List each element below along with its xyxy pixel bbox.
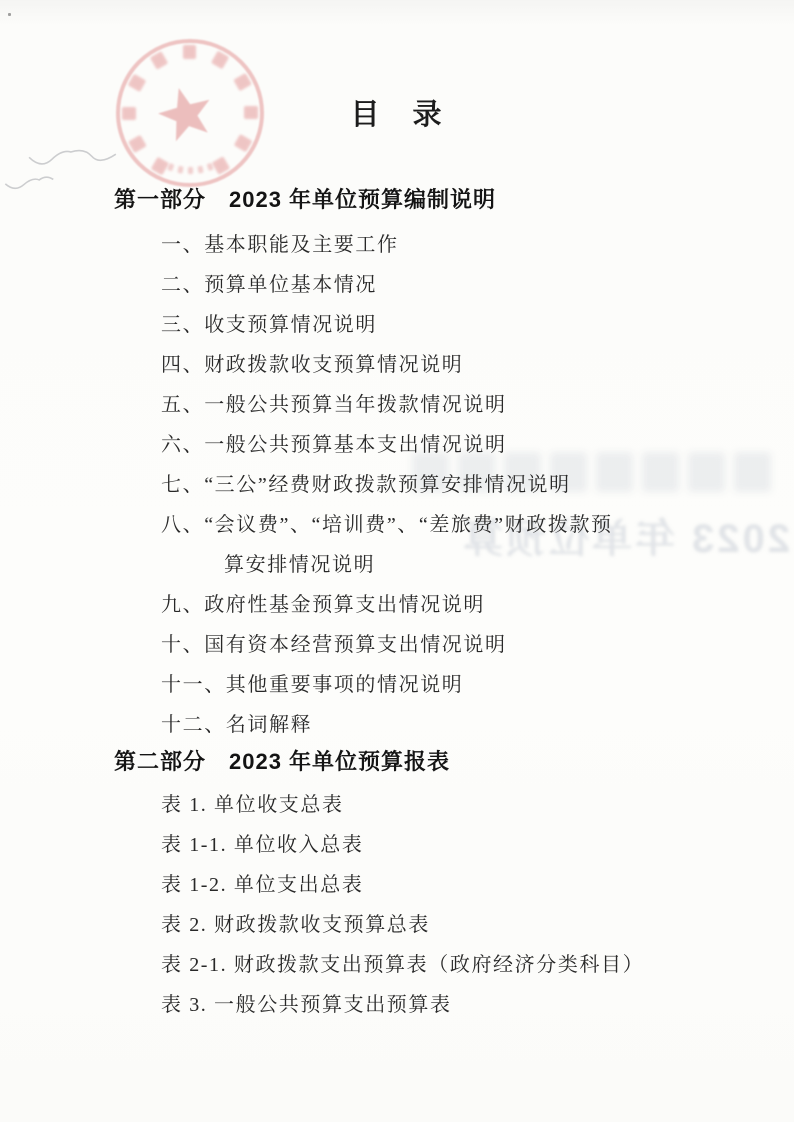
toc-item: 表 3. 一般公共预算支出预算表 — [161, 985, 794, 1025]
toc-item: 九、政府性基金预算支出情况说明 — [161, 585, 794, 625]
toc-item: 表 1-1. 单位收入总表 — [161, 825, 794, 865]
toc-item: 八、“会议费”、“培训费”、“差旅费”财政拨款预 — [161, 505, 794, 545]
toc-item: 十二、名词解释 — [161, 705, 794, 745]
seal-serial-digits — [167, 163, 213, 174]
toc-item: 五、一般公共预算当年拨款情况说明 — [161, 385, 794, 425]
toc-item: 十一、其他重要事项的情况说明 — [161, 665, 794, 705]
toc-item: 算安排情况说明 — [224, 545, 794, 585]
toc-item: 七、“三公”经费财政拨款预算安排情况说明 — [161, 465, 794, 505]
toc-item: 三、收支预算情况说明 — [161, 305, 794, 345]
section-heading-1: 第一部分 2023 年单位预算编制说明 — [114, 186, 794, 213]
handwriting-mark — [1, 142, 118, 190]
toc-item: 表 1. 单位收支总表 — [161, 785, 794, 825]
toc-item: 一、基本职能及主要工作 — [161, 225, 794, 265]
document-page: 2023 年单位预算 目 录 第一部分 2023 年单位预算编制说明一、基本职能… — [0, 0, 794, 1122]
toc-item: 表 2. 财政拨款收支预算总表 — [161, 905, 794, 945]
table-of-contents: 第一部分 2023 年单位预算编制说明一、基本职能及主要工作二、预算单位基本情况… — [0, 186, 794, 1025]
toc-item: 四、财政拨款收支预算情况说明 — [161, 345, 794, 385]
toc-item: 十、国有资本经营预算支出情况说明 — [161, 625, 794, 665]
toc-item: 二、预算单位基本情况 — [161, 265, 794, 305]
toc-item: 表 1-2. 单位支出总表 — [161, 865, 794, 905]
toc-item: 表 2-1. 财政拨款支出预算表（政府经济分类科目） — [161, 945, 794, 985]
section-heading-2: 第二部分 2023 年单位预算报表 — [114, 748, 794, 775]
page-title: 目 录 — [0, 0, 794, 131]
toc-item: 六、一般公共预算基本支出情况说明 — [161, 425, 794, 465]
